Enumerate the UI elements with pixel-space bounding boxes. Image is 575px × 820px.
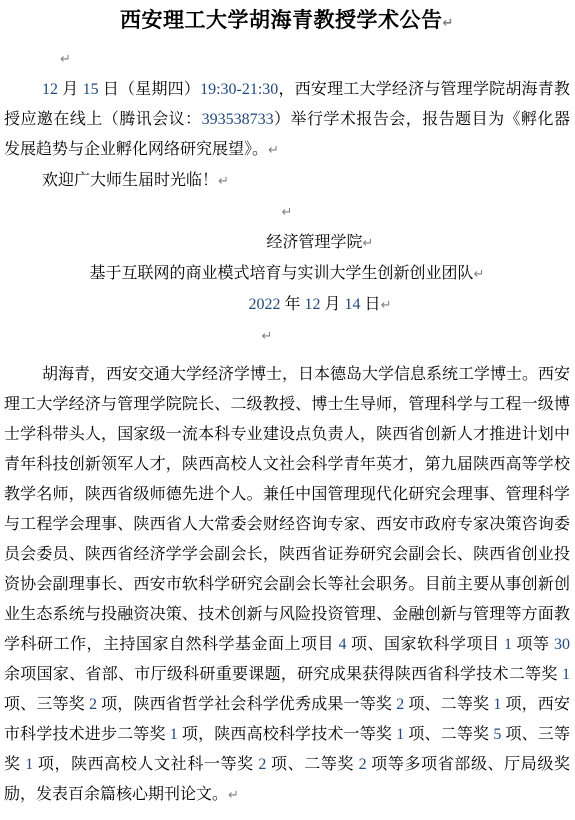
paragraph-mark-icon: ↵ [282,205,293,220]
welcome-text: 欢迎广大师生届时光临！ [42,172,218,189]
paragraph-mark-icon: ↵ [60,52,71,67]
paragraph-mark-icon: ↵ [474,267,485,282]
empty-line-after-title: ↵ [4,44,570,75]
empty-line-before-signature: ↵ [4,197,570,228]
document-title: 西安理工大学胡海青教授学术公告↵ [4,0,570,44]
signature-date-text: 2022 年 12 月 14 日 [249,296,381,313]
paragraph-mark-icon: ↵ [262,329,273,344]
empty-line-after-signature: ↵ [4,321,570,352]
paragraph-bio: 胡海青，西安交通大学经济学博士，日本德岛大学信息系统工学博士。西安理工大学经济与… [4,360,570,811]
signature-date: 2022 年 12 月 14 日↵ [4,290,570,321]
document-page: 西安理工大学胡海青教授学术公告↵ ↵ 12 月 15 日（星期四）19:30-2… [0,0,575,820]
document-title-text: 西安理工大学胡海青教授学术公告 [120,8,443,32]
paragraph-mark-icon: ↵ [363,236,374,251]
signature-department-text: 经济管理学院 [267,234,363,251]
signature-team: 基于互联网的商业模式培育与实训大学生创新创业团队↵ [4,259,570,290]
paragraph-announcement: 12 月 15 日（星期四）19:30-21:30，西安理工大学经济与管理学院胡… [4,75,570,166]
paragraph-mark-icon: ↵ [228,788,239,803]
signature-team-text: 基于互联网的商业模式培育与实训大学生创新创业团队 [90,265,474,282]
paragraph-mark-icon: ↵ [381,298,392,313]
paragraph-mark-icon: ↵ [443,16,454,31]
paragraph-mark-icon: ↵ [268,143,279,158]
paragraph-welcome: 欢迎广大师生届时光临！↵ [4,166,570,197]
paragraph-mark-icon: ↵ [218,174,229,189]
signature-department: 经济管理学院↵ [4,228,570,259]
announcement-text: 12 月 15 日（星期四）19:30-21:30，西安理工大学经济与管理学院胡… [4,81,570,158]
bio-text: 胡海青，西安交通大学经济学博士，日本德岛大学信息系统工学博士。西安理工大学经济与… [4,366,570,803]
